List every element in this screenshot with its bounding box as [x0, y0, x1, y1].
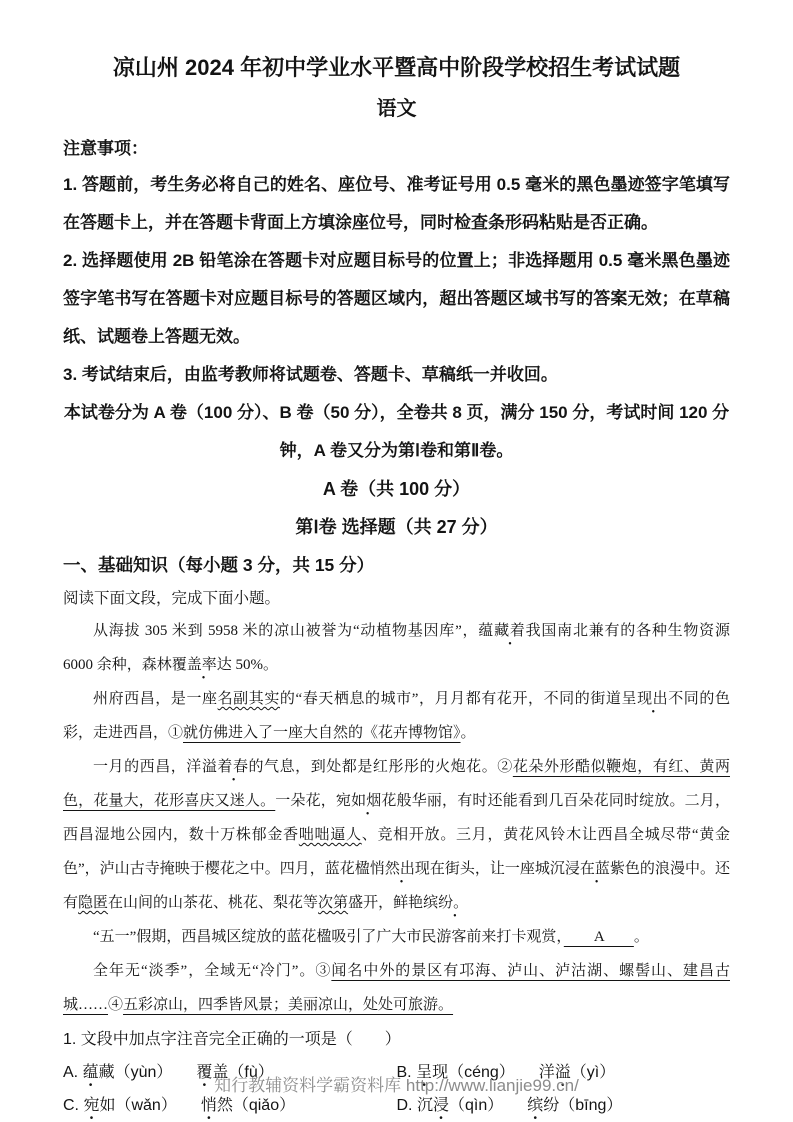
text-segment: 纷。 [438, 895, 468, 911]
volume-a-heading: A 卷（共 100 分） [63, 470, 730, 508]
text-segment: 全年无“淡季”，全域无“冷门”。③ [93, 963, 331, 979]
text-segment: C. [63, 1097, 83, 1114]
passage-paragraph: 从海拔 305 米到 5958 米的凉山被誉为“动植物基因库”，蕴藏着我国南北兼… [63, 614, 730, 682]
text-segment: 如（wǎn） [99, 1097, 200, 1114]
text-segment: 然出现在街头，让一座城沉 [385, 861, 565, 877]
text-segment: 五彩凉山，四季皆风景；美丽凉山，处处可旅游。 [123, 997, 453, 1013]
passage-paragraph: “五一”假期，西昌城区绽放的蓝花楹吸引了广大市民游客前来打卡观赏， A 。 [63, 920, 730, 954]
passage-paragraph: 全年无“淡季”，全域无“冷门”。③闻名中外的景区有邛海、泸山、泸沽湖、螺髻山、建… [63, 954, 730, 1022]
text-segment: 的“春天栖息的城市”，月月都有花开，不同的街道 [280, 691, 622, 707]
text-segment: “五一”假期，西昌城区绽放的蓝花楹吸引了广大市民游客前来打卡观赏， [93, 929, 564, 945]
text-segment: 从海拔 305 米到 5958 米的凉山被誉为“动植物基因库”， [93, 623, 478, 639]
text-segment: 在山间的山茶花、桃花、梨花等 [108, 895, 318, 911]
text-segment: 浸 [433, 1097, 449, 1114]
question1-stem: 1. 文段中加点字注音完全正确的一项是（ ） [63, 1024, 730, 1056]
part1-heading: 第Ⅰ卷 选择题（共 27 分） [63, 508, 730, 546]
passage-paragraph: 一月的西昌，洋溢着春的气息，到处都是红彤彤的火炮花。②花朵外形酷似鞭炮，有红、黄… [63, 750, 730, 920]
text-segment: 次第 [318, 895, 348, 911]
text-segment: ④ [108, 997, 123, 1013]
text-segment: （qìn） [449, 1097, 527, 1114]
exam-page: 凉山州 2024 年初中学业水平暨高中阶段学校招生考试试题 语文 注意事项： 1… [0, 0, 793, 1122]
text-segment: 溢 [202, 759, 218, 775]
passage-intro: 阅读下面文段，完成下面小题。 [63, 584, 730, 614]
footer-watermark: 知行教辅资料学霸资料库 http://www.lianjie99.cn/ [0, 1071, 793, 1096]
exam-structure-note: 本试卷分为 A 卷（100 分）、B 卷（50 分），全卷共 8 页，满分 15… [63, 394, 730, 470]
section1-heading: 一、基础知识（每小题 3 分，共 15 分） [63, 546, 730, 584]
text-segment: 宛 [336, 793, 351, 809]
notice-heading: 注意事项： [63, 132, 730, 166]
text-segment: D. 沉 [397, 1097, 433, 1114]
text-segment: 浸 [565, 861, 580, 877]
text-segment: 缤 [527, 1097, 543, 1114]
notice-item-1: 1. 答题前，考生务必将自己的姓名、座位号、准考证号用 0.5 毫米的黑色墨迹签… [63, 166, 730, 242]
text-segment: 悄 [370, 861, 385, 877]
text-segment: 纷（bīng） [543, 1097, 622, 1114]
text-segment: 宛 [83, 1097, 99, 1114]
text-segment: 蕴 [478, 623, 494, 639]
text-segment: 覆 [172, 657, 187, 673]
page-title: 凉山州 2024 年初中学业水平暨高中阶段学校招生考试试题 [63, 52, 730, 84]
text-segment: 。 [461, 725, 476, 741]
text-segment: 就仿佛进入了一座大自然的《花卉博物馆》 [183, 725, 461, 741]
text-segment: 一朵花， [275, 793, 336, 809]
text-segment: 呈 [621, 691, 637, 707]
text-segment: 名副其实 [218, 691, 280, 707]
text-segment: 。 [634, 929, 649, 945]
passage-paragraph: 州府西昌，是一座名副其实的“春天栖息的城市”，月月都有花开，不同的街道呈现出不同… [63, 682, 730, 750]
passage: 从海拔 305 米到 5958 米的凉山被誉为“动植物基因库”，蕴藏着我国南北兼… [63, 614, 730, 1022]
text-segment: 着春的气息，到处都是红彤彤的火炮花。② [217, 759, 512, 775]
subject-title: 语文 [63, 94, 730, 124]
notice-item-2: 2. 选择题使用 2B 铅笔涂在答题卡对应题目标号的位置上；非选择题用 0.5 … [63, 242, 730, 356]
text-segment: A [564, 929, 634, 945]
text-segment: 一月的西昌，洋 [93, 759, 202, 775]
text-segment: 盛开，鲜艳 [348, 895, 423, 911]
text-segment: 州府西昌，是一座 [93, 691, 218, 707]
text-segment: 咄咄逼人 [299, 827, 362, 843]
text-segment: 悄 [201, 1097, 217, 1114]
text-segment: 盖率达 50%。 [187, 657, 278, 673]
text-segment: 隐匿 [78, 895, 108, 911]
notice-item-3: 3. 考试结束后，由监考教师将试题卷、答题卡、草稿纸一并收回。 [63, 356, 730, 394]
text-segment: 然（qiǎo） [217, 1097, 295, 1114]
text-segment: 缤 [423, 895, 438, 911]
